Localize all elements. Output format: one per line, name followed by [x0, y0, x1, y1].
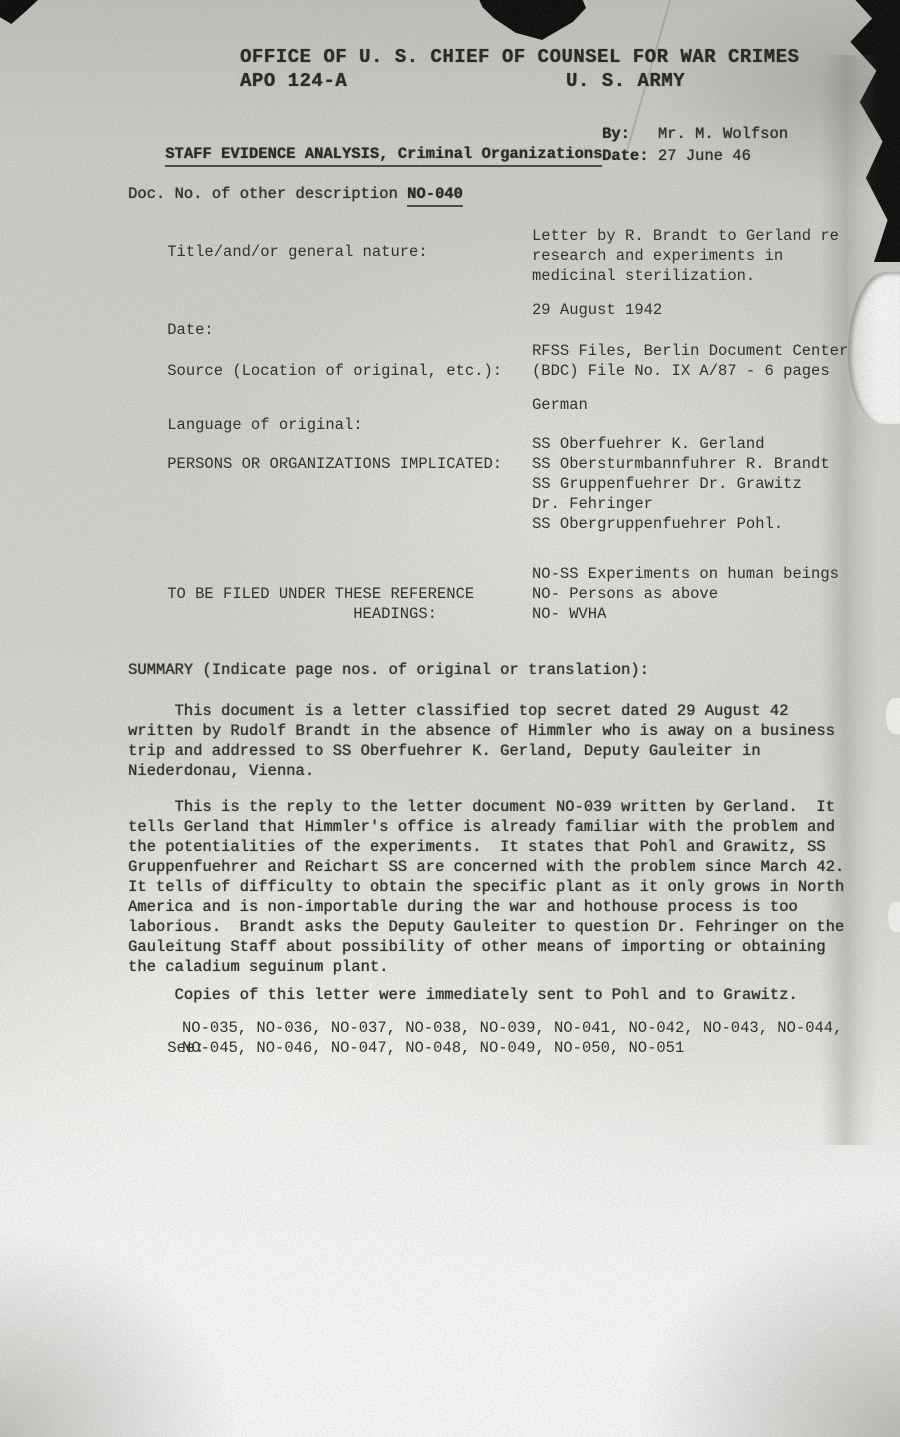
summary-heading: SUMMARY (Indicate page nos. of original … [128, 660, 649, 680]
doc-number-value: NO-040 [407, 185, 463, 207]
form-title: STAFF EVIDENCE ANALYSIS, Criminal Organi… [128, 124, 602, 184]
office-header-line: OFFICE OF U. S. CHIEF OF COUNSEL FOR WAR… [240, 46, 799, 68]
date-line: Date: 27 June 46 [602, 146, 751, 166]
see-list: NO-035, NO-036, NO-037, NO-038, NO-039, … [182, 1018, 842, 1058]
edge-nick [886, 698, 900, 734]
torn-notch-top [476, 0, 586, 40]
form-title-text: STAFF EVIDENCE ANALYSIS, Criminal Organi… [165, 145, 602, 167]
by-label: By: [602, 125, 658, 143]
field-label: TO BE FILED UNDER THESE REFERENCE HEADIN… [130, 585, 474, 623]
field-row-reference-headings: TO BE FILED UNDER THESE REFERENCE HEADIN… [130, 564, 474, 664]
corner-shadow-bottom-left [0, 1227, 240, 1437]
field-label: PERSONS OR ORGANIZATIONS IMPLICATED: [167, 455, 502, 473]
field-label: Date: [167, 321, 214, 339]
by-value: Mr. M. Wolfson [658, 125, 788, 143]
summary-paragraph-1: This document is a letter classified top… [128, 701, 835, 781]
field-value: RFSS Files, Berlin Document Center (BDC)… [532, 341, 848, 381]
field-value: NO-SS Experiments on human beings NO- Pe… [532, 564, 839, 624]
date-label: Date: [602, 147, 658, 165]
field-value: SS Oberfuehrer K. Gerland SS Obersturmba… [532, 434, 830, 534]
field-row-title-nature: Title/and/or general nature: Letter by R… [130, 222, 428, 302]
sea-document-page: OFFICE OF U. S. CHIEF OF COUNSEL FOR WAR… [0, 0, 900, 1437]
apo-number: APO 124-A [240, 70, 347, 92]
field-value: German [532, 395, 588, 415]
doc-number-line: Doc. No. of other description NO-040 [128, 184, 463, 204]
field-label: Title/and/or general nature: [167, 243, 427, 261]
field-label: Source (Location of original, etc.): [167, 362, 502, 380]
edge-nick [888, 902, 900, 932]
field-row-persons-implicated: PERSONS OR ORGANIZATIONS IMPLICATED: SS … [130, 434, 502, 514]
us-army-label: U. S. ARMY [566, 70, 685, 92]
summary-paragraph-2: This is the reply to the letter document… [128, 797, 844, 977]
field-value: 29 August 1942 [532, 300, 662, 320]
torn-corner-top-left [0, 0, 38, 24]
corner-shadow-bottom-right [640, 1207, 900, 1437]
field-value: Letter by R. Brandt to Gerland re resear… [532, 226, 839, 286]
see-references-row: See: NO-035, NO-036, NO-037, NO-038, NO-… [130, 1018, 204, 1098]
date-value: 27 June 46 [658, 147, 751, 165]
field-label: Language of original: [167, 416, 362, 434]
doc-number-label: Doc. No. of other description [128, 185, 407, 203]
byline: By: Mr. M. Wolfson [602, 124, 788, 144]
summary-paragraph-3: Copies of this letter were immediately s… [128, 985, 798, 1005]
